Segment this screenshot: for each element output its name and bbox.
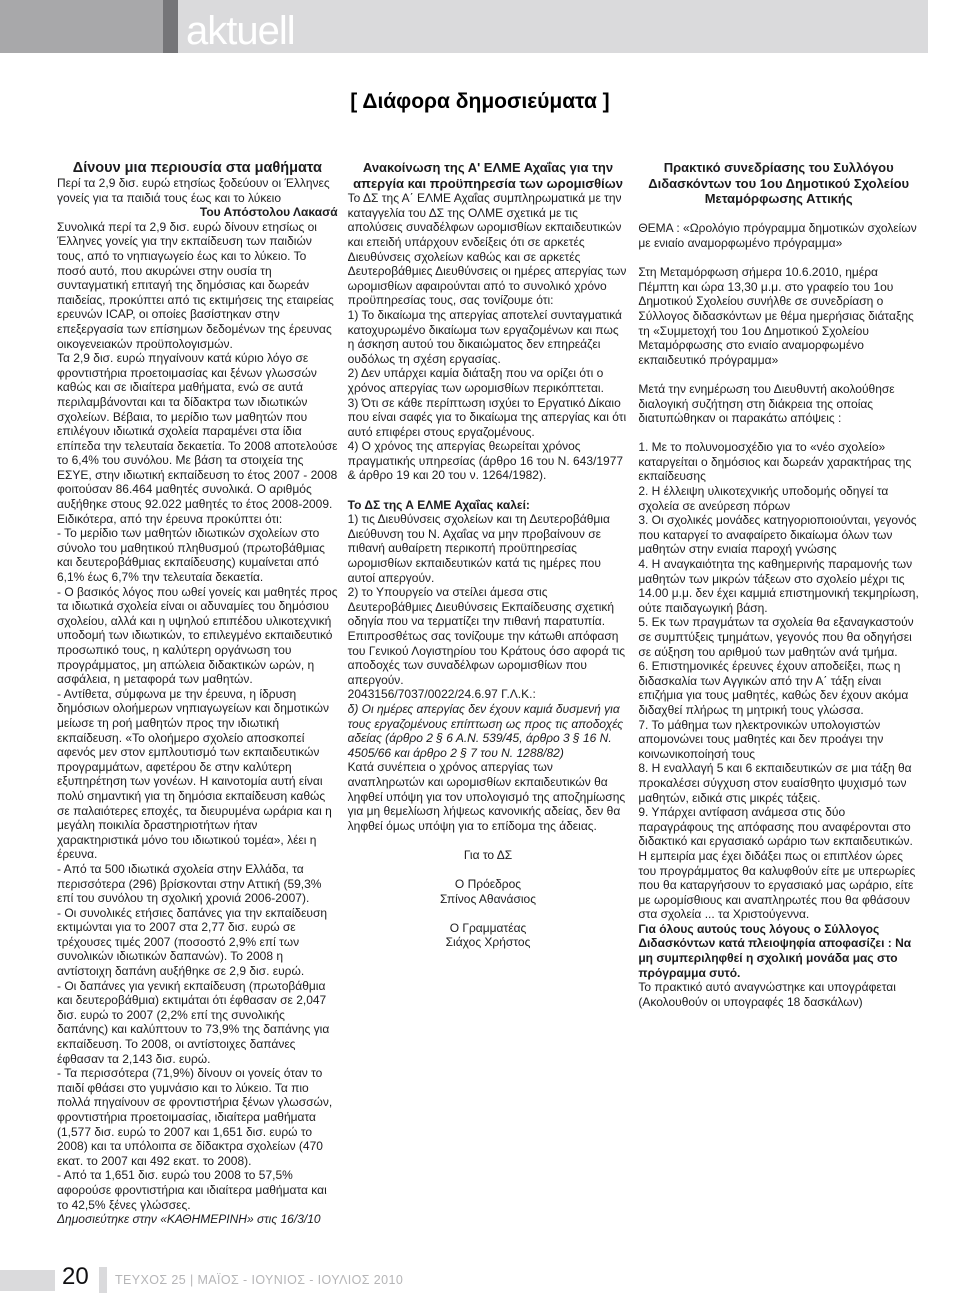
paragraph: Ο Γραμματέας bbox=[348, 921, 629, 936]
paragraph: Σπίνος Αθανάσιος bbox=[348, 892, 629, 907]
paragraph: 3. Οι σχολικές μονάδες κατηγοριοποιούντα… bbox=[638, 513, 919, 557]
paragraph: Το ΔΣ της Α ΕΛΜΕ Αχαΐας καλεί: bbox=[348, 498, 629, 513]
paragraph: - Από τα 1,651 δισ. ευρώ του 2008 το 57,… bbox=[57, 1168, 338, 1212]
paragraph: 2043156/7037/0022/24.6.97 Γ.Λ.Κ.: bbox=[348, 687, 629, 702]
footer-left-block bbox=[0, 1270, 55, 1291]
brand-logo-text: aktuell bbox=[186, 8, 295, 54]
footer-divider-tab bbox=[99, 1267, 107, 1293]
paragraph: 3) Ότι σε κάθε περίπτωση ισχύει το Εργατ… bbox=[348, 396, 629, 440]
paragraph: - Από τα 500 ιδιωτικά σχολεία στην Ελλάδ… bbox=[57, 862, 338, 906]
paragraph: Του Απόστολου Λακασά bbox=[57, 205, 338, 220]
paragraph: 8. Η εναλλαγή 5 και 6 εκπαιδευτικών σε μ… bbox=[638, 761, 919, 805]
article-column-3: Πρακτικό συνεδρίασης του Συλλόγου Διδασκ… bbox=[638, 160, 919, 1264]
paragraph: 1) τις Διευθύνσεις σχολείων και τη Δευτε… bbox=[348, 512, 629, 585]
masthead-dark-strip bbox=[163, 0, 178, 53]
footer-issue-info: ΤΕΥΧΟΣ 25 | ΜΑΪΟΣ - ΙΟΥΝΙΟΣ - ΙΟΥΛΙΟΣ 20… bbox=[115, 1273, 403, 1287]
paragraph: 4) Ο χρόνος της απεργίας θεωρείται χρόνο… bbox=[348, 439, 629, 483]
paragraph: Ανακοίνωση της Α' ΕΛΜΕ Αχαΐας για την απ… bbox=[348, 160, 629, 191]
paragraph: Για το ΔΣ bbox=[348, 848, 629, 863]
paragraph: Για όλους αυτούς τους λόγους ο Σύλλογος … bbox=[638, 922, 919, 980]
page-title: [ Διάφορα δημοσιεύματα ] bbox=[0, 90, 960, 114]
article-column-2: Ανακοίνωση της Α' ΕΛΜΕ Αχαΐας για την απ… bbox=[348, 160, 629, 1264]
paragraph: 5. Εκ των πραγμάτων τα σχολεία θα εξαναγ… bbox=[638, 615, 919, 659]
masthead: aktuell bbox=[0, 0, 960, 53]
paragraph: Κατά συνέπεια ο χρόνος απεργίας των αναπ… bbox=[348, 760, 629, 833]
paragraph: - Αντίθετα, σύμφωνα με την έρευνα, η ίδρ… bbox=[57, 687, 338, 862]
paragraph: 9. Υπάρχει αντίφαση ανάμεσα στις δύο παρ… bbox=[638, 805, 919, 922]
paragraph: 2) το Υπουργείο να στείλει άμεσα στις Δε… bbox=[348, 585, 629, 629]
paragraph: Περί τα 2,9 δισ. ευρώ ετησίως ξοδεύουν ο… bbox=[57, 176, 338, 205]
paragraph: Σιάχος Χρήστος bbox=[348, 935, 629, 950]
paragraph: 2) Δεν υπάρχει καμία διάταξη που να ορίζ… bbox=[348, 366, 629, 395]
paragraph: - Το μερίδιο των μαθητών ιδιωτικών σχολε… bbox=[57, 526, 338, 584]
paragraph: 2. Η έλλειψη υλικοτεχνικής υποδομής οδηγ… bbox=[638, 484, 919, 513]
paragraph: Πρακτικό συνεδρίασης του Συλλόγου Διδασκ… bbox=[638, 160, 919, 207]
paragraph: ΘΕΜΑ : «Ωρολόγιο πρόγραμμα δημοτικών σχο… bbox=[638, 221, 919, 250]
paragraph: Μετά την ενημέρωση του Διευθυντή ακολούθ… bbox=[638, 382, 919, 426]
paragraph: Ο Πρόεδρος bbox=[348, 877, 629, 892]
paragraph: - Τα περισσότερα (71,9%) δίνουν οι γονεί… bbox=[57, 1066, 338, 1168]
article-column-1: Δίνουν μια περιουσία στα μαθήματαΠερί τα… bbox=[57, 160, 338, 1264]
paragraph: 4. Η αναγκαιότητα της καθημερινής παραμο… bbox=[638, 557, 919, 615]
article-columns: Δίνουν μια περιουσία στα μαθήματαΠερί τα… bbox=[57, 160, 919, 1264]
paragraph: Στη Μεταμόρφωση σήμερα 10.6.2010, ημέρα … bbox=[638, 265, 919, 367]
paragraph: Δίνουν μια περιουσία στα μαθήματα bbox=[57, 160, 338, 176]
paragraph: Επιπροσθέτως σας τονίζουμε την κάτωθι απ… bbox=[348, 629, 629, 687]
paragraph: - Οι δαπάνες για γενική εκπαίδευση (πρωτ… bbox=[57, 979, 338, 1067]
paragraph: 6. Επιστημονικές έρευνες έχουν αποδείξει… bbox=[638, 659, 919, 717]
paragraph: Τα 2,9 δισ. ευρώ πηγαίνουν κατά κύριο λό… bbox=[57, 351, 338, 526]
paragraph: 1) Το δικαίωμα της απεργίας αποτελεί συν… bbox=[348, 308, 629, 366]
masthead-left-block bbox=[0, 0, 163, 53]
paragraph: 1. Με το πολυνομοσχέδιο για το «νέο σχολ… bbox=[638, 440, 919, 484]
paragraph: - Οι συνολικές ετήσιες δαπάνες για την ε… bbox=[57, 906, 338, 979]
footer-page-number: 20 bbox=[62, 1263, 89, 1291]
paragraph: 7. Το μάθημα των ηλεκτρονικών υπολογιστώ… bbox=[638, 718, 919, 762]
paragraph: Το πρακτικό αυτό αναγνώστηκε και υπογράφ… bbox=[638, 980, 919, 1009]
paragraph: δ) Οι ημέρες απεργίας δεν έχουν καμιά δυ… bbox=[348, 702, 629, 760]
paragraph: Συνολικά περί τα 2,9 δισ. ευρώ δίνουν ετ… bbox=[57, 220, 338, 351]
paragraph: Δημοσιεύτηκε στην «ΚΑΘΗΜΕΡΙΝΗ» στις 16/3… bbox=[57, 1212, 338, 1227]
paragraph: - Ο βασικός λόγος που ωθεί γονείς και μα… bbox=[57, 585, 338, 687]
paragraph: Το ΔΣ της Α΄ ΕΛΜΕ Αχαΐας συμπληρωματικά … bbox=[348, 191, 629, 308]
